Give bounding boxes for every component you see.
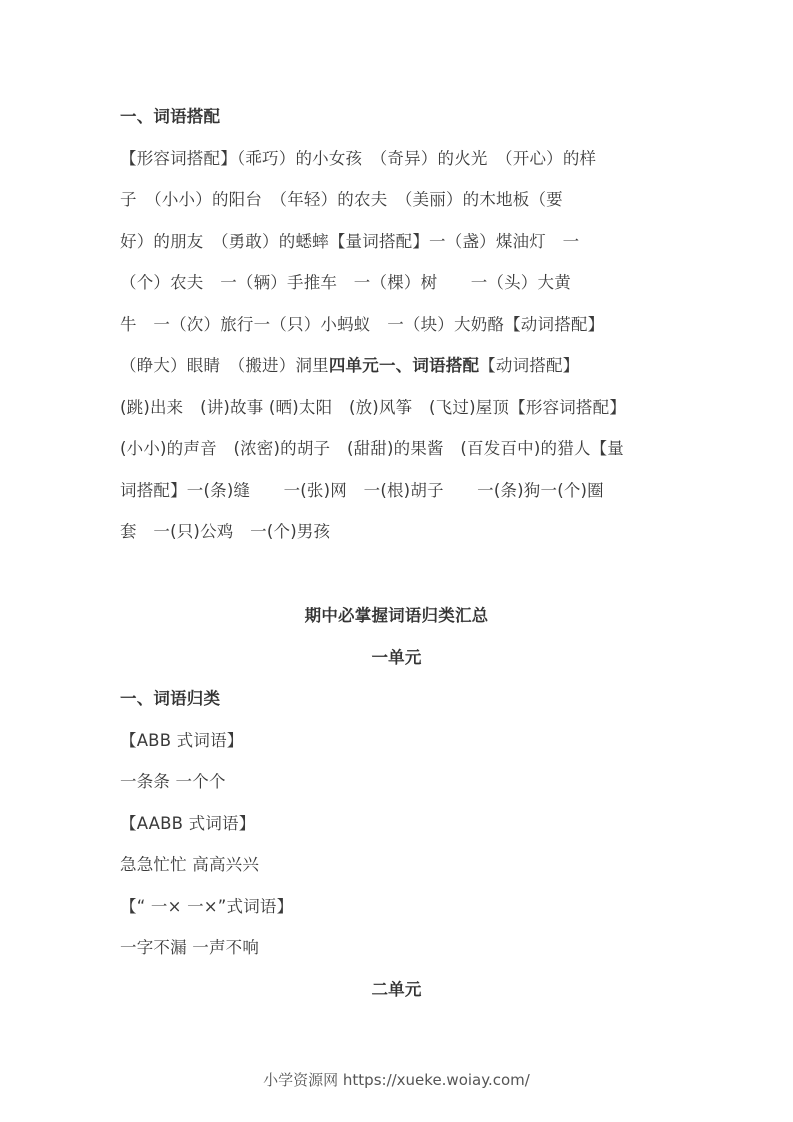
category-label-yi-x-yi-x: 【“ 一× 一×”式词语】 <box>120 896 680 918</box>
category-label-abb: 【ABB 式词语】 <box>120 730 680 752</box>
word-list: 一条条 一个个 <box>120 771 680 793</box>
paragraph-line: (小小)的声音 (浓密)的胡子 (甜甜)的果酱 (百发百中)的猎人【量 <box>120 438 680 460</box>
section-heading-word-collocation: 一、词语搭配 <box>120 106 680 128</box>
summary-title: 期中必掌握词语归类汇总 <box>0 605 793 627</box>
category-label-aabb: 【AABB 式词语】 <box>120 813 680 835</box>
unit2-title: 二单元 <box>0 979 793 1001</box>
paragraph-line: （个）农夫 一（辆）手推车 一（棵）树 一（头）大黄 <box>120 272 680 294</box>
paragraph-line: 套 一(只)公鸡 一(个)男孩 <box>120 521 680 543</box>
unit1-heading: 一、词语归类 <box>120 688 680 710</box>
paragraph-line: (跳)出来 (讲)故事 (晒)太阳 (放)风筝 (飞过)屋顶【形容词搭配】 <box>120 397 680 419</box>
paragraph-line: （睁大）眼睛 （搬进）洞里四单元一、词语搭配【动词搭配】 <box>120 355 680 377</box>
text-run: （睁大）眼睛 （搬进）洞里 <box>120 356 329 375</box>
paragraph-line: 子 （小小）的阳台 （年轻）的农夫 （美丽）的木地板（要 <box>120 189 680 211</box>
word-list: 急急忙忙 高高兴兴 <box>120 854 680 876</box>
inline-heading-unit4: 四单元一、词语搭配 <box>329 356 479 375</box>
paragraph-line: 【形容词搭配】（乖巧）的小女孩 （奇异）的火光 （开心）的样 <box>120 148 680 170</box>
text-run: 【动词搭配】 <box>479 356 579 375</box>
word-list: 一字不漏 一声不响 <box>120 937 680 959</box>
footer-watermark: 小学资源网 https://xueke.woiay.com/ <box>0 1070 793 1090</box>
paragraph-line: 好）的朋友 （勇敢）的蟋蟀【量词搭配】一（盏）煤油灯 一 <box>120 231 680 253</box>
document-page: 一、词语搭配 【形容词搭配】（乖巧）的小女孩 （奇异）的火光 （开心）的样 子 … <box>0 0 793 1122</box>
paragraph-line: 牛 一（次）旅行一（只）小蚂蚁 一（块）大奶酪【动词搭配】 <box>120 314 680 336</box>
paragraph-line: 词搭配】一(条)缝 一(张)网 一(根)胡子 一(条)狗一(个)圈 <box>120 480 680 502</box>
unit1-title: 一单元 <box>0 647 793 669</box>
